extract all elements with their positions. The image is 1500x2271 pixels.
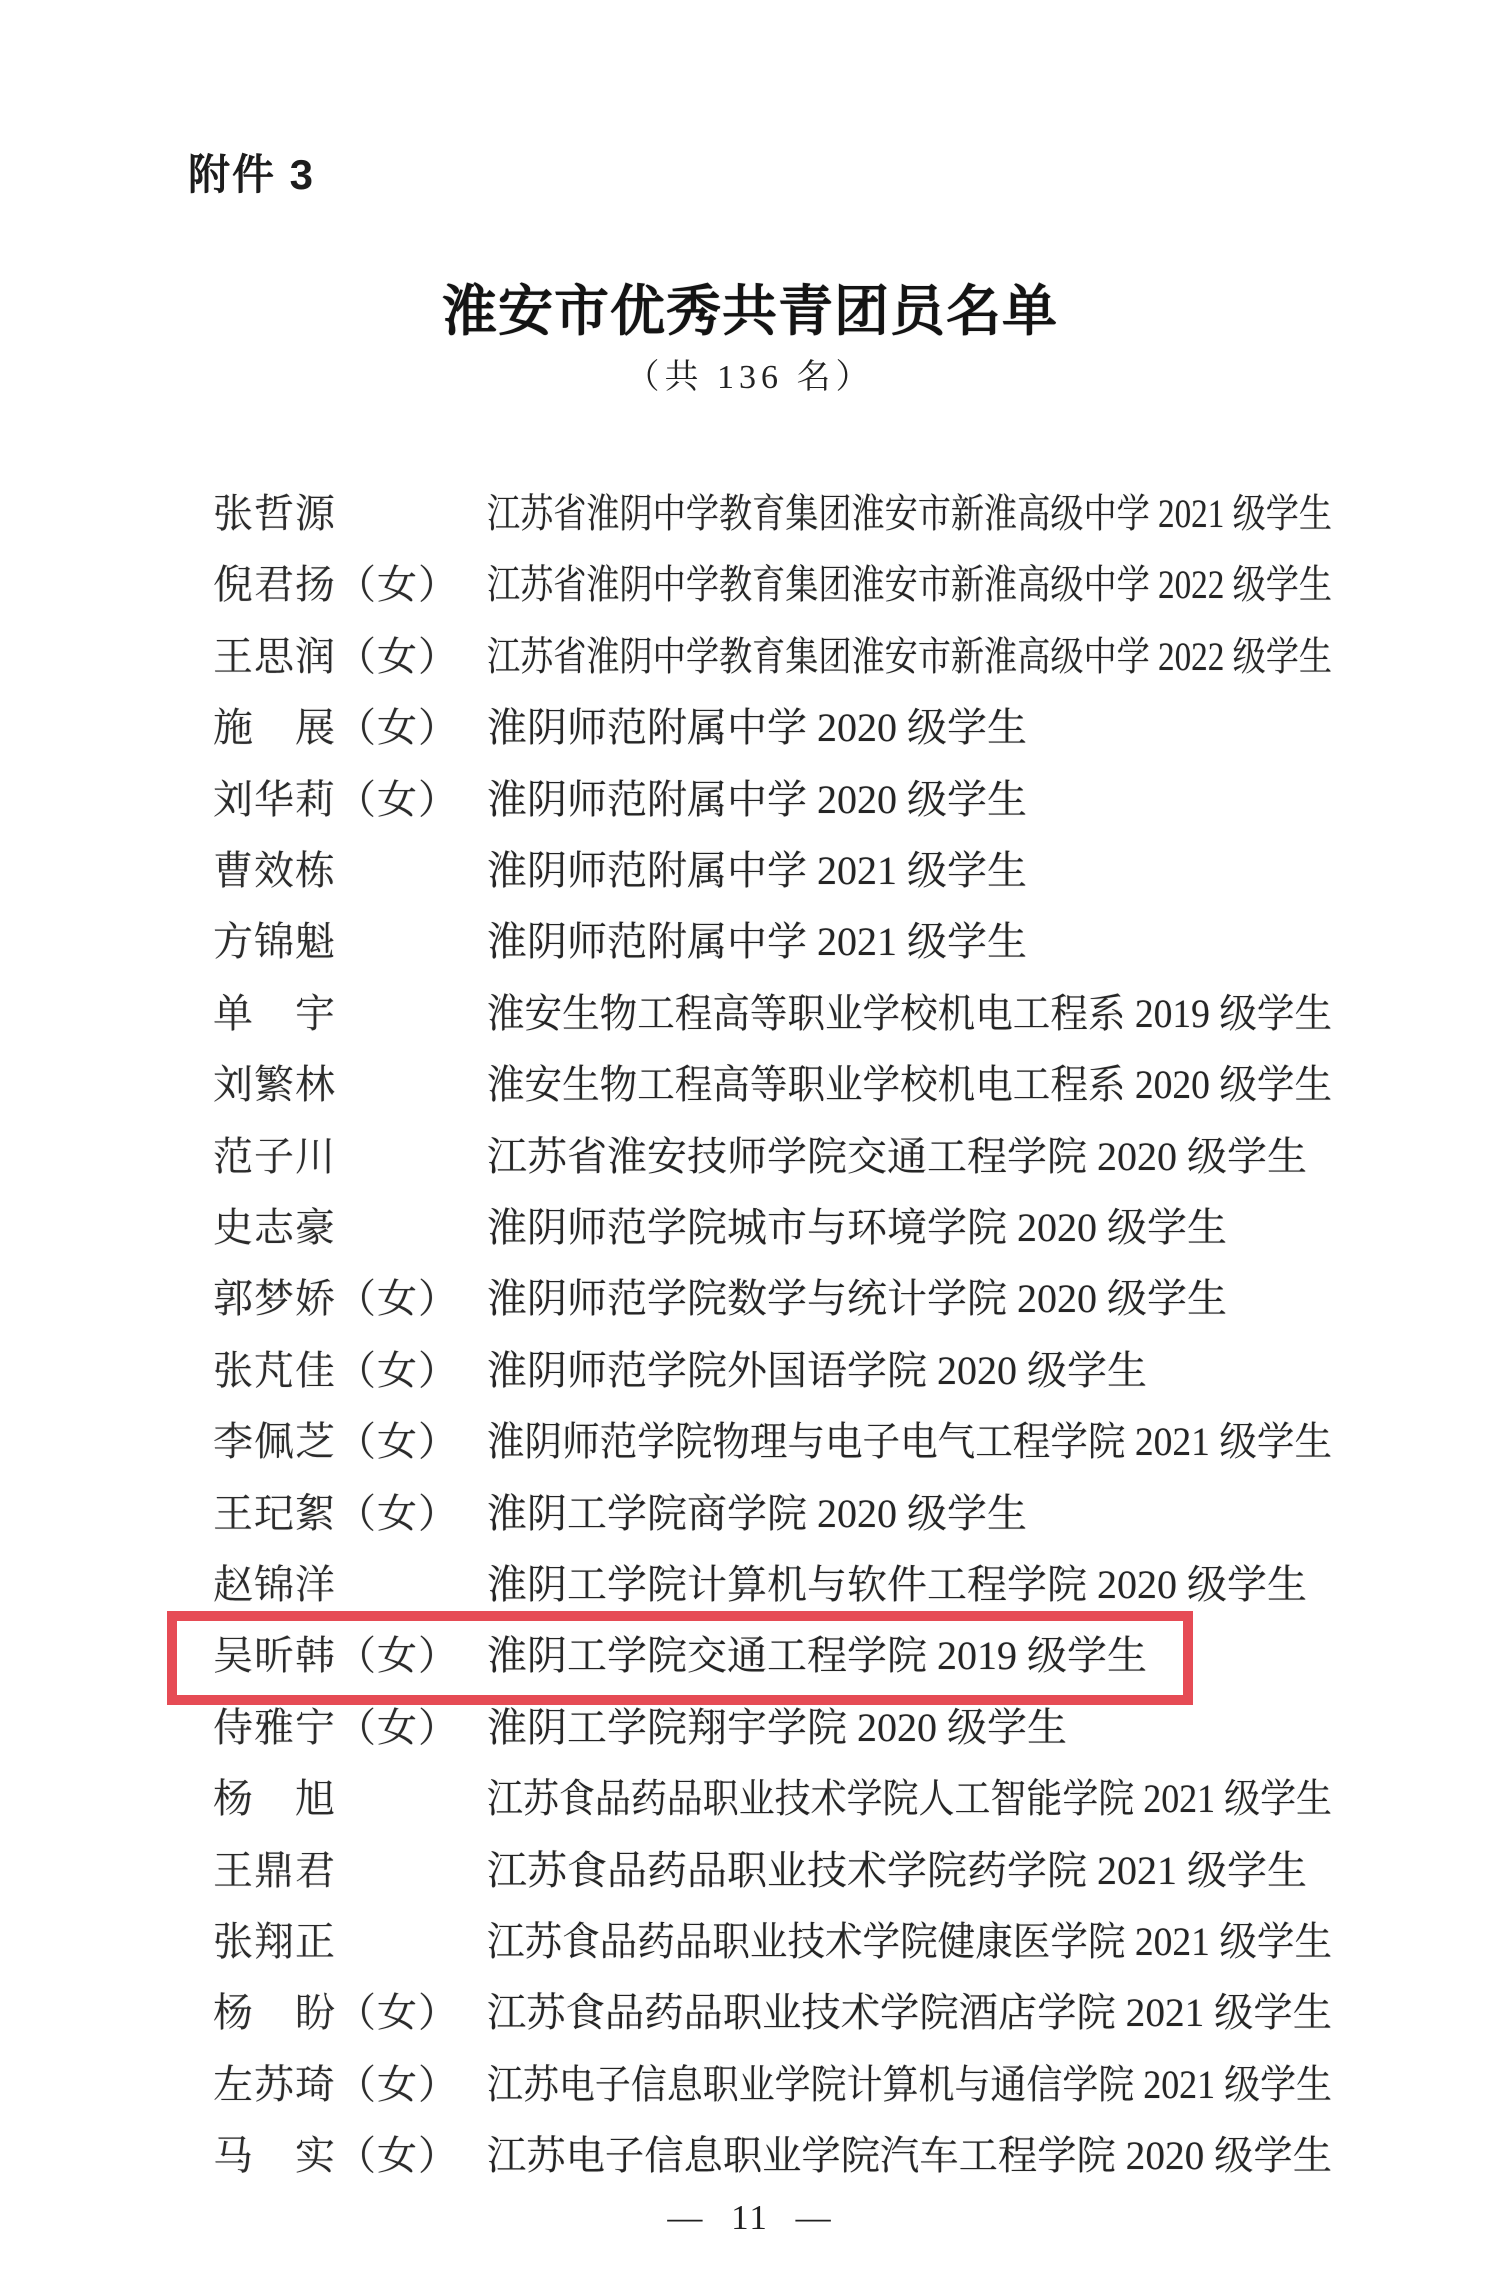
- list-item: 刘繁林淮安生物工程高等职业学校机电工程系 2020 级学生: [0, 1061, 1500, 1117]
- member-affiliation: 淮阴工学院商学院 2020 级学生: [487, 1490, 1027, 1538]
- member-affiliation: 江苏电子信息职业学院计算机与通信学院 2021 级学生: [487, 2061, 1332, 2109]
- member-affiliation: 淮阴工学院计算机与软件工程学院 2020 级学生: [487, 1561, 1307, 1609]
- member-name: 张芃佳（女）: [213, 1347, 459, 1395]
- member-name: 刘繁林: [213, 1061, 336, 1109]
- member-affiliation: 淮阴工学院翔宇学院 2020 级学生: [487, 1704, 1067, 1752]
- member-affiliation: 淮阴师范学院城市与环境学院 2020 级学生: [487, 1204, 1227, 1252]
- member-name: 马 实（女）: [213, 2132, 459, 2180]
- page-number: — 11 —: [0, 2198, 1500, 2238]
- list-item: 侍雅宁（女）淮阴工学院翔宇学院 2020 级学生: [0, 1704, 1500, 1760]
- list-item: 吴昕韩（女）淮阴工学院交通工程学院 2019 级学生: [0, 1632, 1500, 1688]
- member-affiliation: 淮安生物工程高等职业学校机电工程系 2020 级学生: [487, 1061, 1332, 1109]
- member-name: 范子川: [213, 1133, 336, 1181]
- member-name: 倪君扬（女）: [213, 561, 459, 609]
- list-item: 范子川江苏省淮安技师学院交通工程学院 2020 级学生: [0, 1133, 1500, 1189]
- list-item: 施 展（女）淮阴师范附属中学 2020 级学生: [0, 704, 1500, 760]
- document-page: 附件 3 淮安市优秀共青团员名单 （共 136 名） 张哲源江苏省淮阴中学教育集…: [0, 0, 1500, 2271]
- list-item: 史志豪淮阴师范学院城市与环境学院 2020 级学生: [0, 1204, 1500, 1260]
- list-item: 方锦魁淮阴师范附属中学 2021 级学生: [0, 918, 1500, 974]
- member-affiliation: 淮阴师范学院物理与电子电气工程学院 2021 级学生: [487, 1418, 1332, 1466]
- member-name: 方锦魁: [213, 918, 336, 966]
- member-name: 史志豪: [213, 1204, 336, 1252]
- member-list: 张哲源江苏省淮阴中学教育集团淮安市新淮高级中学 2021 级学生倪君扬（女）江苏…: [0, 0, 1500, 2271]
- list-item: 单 宇淮安生物工程高等职业学校机电工程系 2019 级学生: [0, 990, 1500, 1046]
- member-affiliation: 淮阴师范附属中学 2020 级学生: [487, 704, 1027, 752]
- list-item: 马 实（女）江苏电子信息职业学院汽车工程学院 2020 级学生: [0, 2132, 1500, 2188]
- member-name: 王鼎君: [213, 1847, 336, 1895]
- member-name: 王思润（女）: [213, 633, 459, 681]
- list-item: 王思润（女）江苏省淮阴中学教育集团淮安市新淮高级中学 2022 级学生: [0, 633, 1500, 689]
- member-name: 杨 旭: [213, 1775, 336, 1823]
- list-item: 王玘絮（女）淮阴工学院商学院 2020 级学生: [0, 1490, 1500, 1546]
- list-item: 赵锦洋淮阴工学院计算机与软件工程学院 2020 级学生: [0, 1561, 1500, 1617]
- member-affiliation: 江苏食品药品职业技术学院酒店学院 2021 级学生: [487, 1989, 1332, 2037]
- list-item: 左苏琦（女）江苏电子信息职业学院计算机与通信学院 2021 级学生: [0, 2061, 1500, 2117]
- member-name: 郭梦娇（女）: [213, 1275, 459, 1323]
- member-affiliation: 江苏食品药品职业技术学院药学院 2021 级学生: [487, 1847, 1307, 1895]
- member-affiliation: 江苏省淮阴中学教育集团淮安市新淮高级中学 2022 级学生: [487, 633, 1332, 681]
- list-item: 倪君扬（女）江苏省淮阴中学教育集团淮安市新淮高级中学 2022 级学生: [0, 561, 1500, 617]
- member-affiliation: 江苏省淮阴中学教育集团淮安市新淮高级中学 2022 级学生: [487, 561, 1332, 609]
- list-item: 杨 盼（女）江苏食品药品职业技术学院酒店学院 2021 级学生: [0, 1989, 1500, 2045]
- list-item: 刘华莉（女）淮阴师范附属中学 2020 级学生: [0, 776, 1500, 832]
- member-name: 单 宇: [213, 990, 336, 1038]
- list-item: 张哲源江苏省淮阴中学教育集团淮安市新淮高级中学 2021 级学生: [0, 490, 1500, 546]
- member-name: 侍雅宁（女）: [213, 1704, 459, 1752]
- member-name: 李佩芝（女）: [213, 1418, 459, 1466]
- member-affiliation: 淮阴工学院交通工程学院 2019 级学生: [487, 1632, 1147, 1680]
- list-item: 李佩芝（女）淮阴师范学院物理与电子电气工程学院 2021 级学生: [0, 1418, 1500, 1474]
- member-name: 张哲源: [213, 490, 336, 538]
- member-name: 吴昕韩（女）: [213, 1632, 459, 1680]
- list-item: 张芃佳（女）淮阴师范学院外国语学院 2020 级学生: [0, 1347, 1500, 1403]
- member-affiliation: 江苏电子信息职业学院汽车工程学院 2020 级学生: [487, 2132, 1332, 2180]
- member-affiliation: 江苏食品药品职业技术学院健康医学院 2021 级学生: [487, 1918, 1332, 1966]
- member-affiliation: 淮阴师范学院外国语学院 2020 级学生: [487, 1347, 1147, 1395]
- list-item: 曹效栋淮阴师范附属中学 2021 级学生: [0, 847, 1500, 903]
- member-name: 王玘絮（女）: [213, 1490, 459, 1538]
- member-name: 张翔正: [213, 1918, 336, 1966]
- member-affiliation: 江苏食品药品职业技术学院人工智能学院 2021 级学生: [487, 1775, 1332, 1823]
- member-affiliation: 淮阴师范附属中学 2020 级学生: [487, 776, 1027, 824]
- member-affiliation: 淮阴师范学院数学与统计学院 2020 级学生: [487, 1275, 1227, 1323]
- member-name: 施 展（女）: [213, 704, 459, 752]
- member-name: 赵锦洋: [213, 1561, 336, 1609]
- list-item: 张翔正江苏食品药品职业技术学院健康医学院 2021 级学生: [0, 1918, 1500, 1974]
- member-affiliation: 淮阴师范附属中学 2021 级学生: [487, 847, 1027, 895]
- member-affiliation: 江苏省淮安技师学院交通工程学院 2020 级学生: [487, 1133, 1307, 1181]
- member-affiliation: 淮安生物工程高等职业学校机电工程系 2019 级学生: [487, 990, 1332, 1038]
- list-item: 郭梦娇（女）淮阴师范学院数学与统计学院 2020 级学生: [0, 1275, 1500, 1331]
- member-name: 曹效栋: [213, 847, 336, 895]
- member-name: 杨 盼（女）: [213, 1989, 459, 2037]
- member-name: 左苏琦（女）: [213, 2061, 459, 2109]
- member-affiliation: 淮阴师范附属中学 2021 级学生: [487, 918, 1027, 966]
- list-item: 杨 旭江苏食品药品职业技术学院人工智能学院 2021 级学生: [0, 1775, 1500, 1831]
- member-affiliation: 江苏省淮阴中学教育集团淮安市新淮高级中学 2021 级学生: [487, 490, 1332, 538]
- member-name: 刘华莉（女）: [213, 776, 459, 824]
- list-item: 王鼎君江苏食品药品职业技术学院药学院 2021 级学生: [0, 1847, 1500, 1903]
